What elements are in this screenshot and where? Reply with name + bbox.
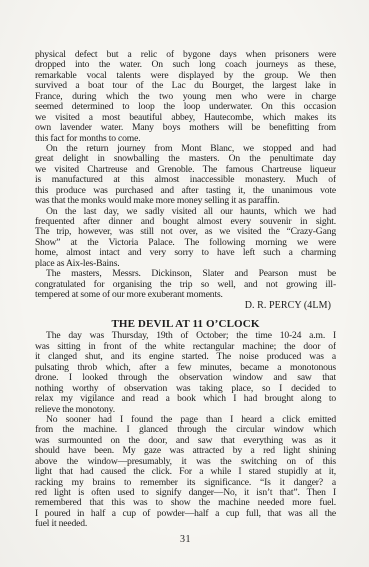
text-line: we visited Chartreuse and Grenoble. The … bbox=[35, 165, 336, 175]
text-line: pulsating throb which, after a few minut… bbox=[35, 363, 336, 373]
author-byline: D. R. PERCY (4LM) bbox=[35, 301, 336, 311]
text-line: physical defect but a relic of bygone da… bbox=[35, 50, 336, 60]
article-school-trip: physical defect but a relic of bygone da… bbox=[35, 50, 336, 311]
text-line: The day was Thursday, 19th of October; t… bbox=[35, 331, 336, 341]
article-devil-body: The day was Thursday, 19th of October; t… bbox=[35, 331, 336, 529]
text-line: The masters, Messrs. Dickinson, Slater a… bbox=[35, 269, 336, 279]
text-line: own lavender water. Many boys mothers wi… bbox=[35, 123, 336, 133]
text-line: place as Aix-les-Bains. bbox=[35, 259, 336, 269]
text-line: I poured in half a cup of powder—half a … bbox=[35, 509, 336, 519]
text-line: On the return journey from Mont Blanc, w… bbox=[35, 144, 336, 154]
text-line: survived a boat tour of the Lac du Bourg… bbox=[35, 81, 336, 91]
text-line: relax my vigilance and read a book which… bbox=[35, 394, 336, 404]
text-line: should have been. My gaze was attracted … bbox=[35, 446, 336, 456]
text-line: dropped into the water. On such long coa… bbox=[35, 60, 336, 70]
text-line: from the machine. I glanced through the … bbox=[35, 425, 336, 435]
text-line: was that the monks would make more money… bbox=[35, 196, 336, 206]
text-line: was surmounted on the door, and saw that… bbox=[35, 436, 336, 446]
text-line: relieve the monotony. bbox=[35, 405, 336, 415]
text-line: racking my brains to remember its signif… bbox=[35, 478, 336, 488]
article-school-trip-body: physical defect but a relic of bygone da… bbox=[35, 50, 336, 301]
text-line: drone. I looked through the observation … bbox=[35, 373, 336, 383]
text-line: we visited a most beautiful abbey, Haute… bbox=[35, 113, 336, 123]
text-line: was sitting in front of the white rectan… bbox=[35, 342, 336, 352]
text-line: France, during which the two young men w… bbox=[35, 92, 336, 102]
text-line: great delight in snowballing the masters… bbox=[35, 154, 336, 164]
text-line: remembered that this was to show the mac… bbox=[35, 498, 336, 508]
text-line: fuel it needed. bbox=[35, 519, 336, 529]
text-line: this produce was purchased and after tas… bbox=[35, 186, 336, 196]
article-title: THE DEVIL AT 11 O’CLOCK bbox=[35, 318, 336, 330]
text-line: remarkable vocal talents were displayed … bbox=[35, 71, 336, 81]
text-line: congratulated for organising the trip so… bbox=[35, 280, 336, 290]
text-line: this fact for months to come. bbox=[35, 134, 336, 144]
text-line: nothing worthy of observation was taking… bbox=[35, 384, 336, 394]
text-line: No sooner had I found the page than I he… bbox=[35, 415, 336, 425]
text-line: Show” at the Victoria Palace. The follow… bbox=[35, 238, 336, 248]
text-line: is manufactured at this almost inaccessi… bbox=[35, 175, 336, 185]
text-line: red light is often used to signify dange… bbox=[35, 488, 336, 498]
text-line: above the window—presumably, it was the … bbox=[35, 457, 336, 467]
text-line: light that had caused the click. For a w… bbox=[35, 467, 336, 477]
text-column: physical defect but a relic of bygone da… bbox=[35, 50, 336, 545]
text-line: tempered at some of our more exuberant m… bbox=[35, 290, 336, 300]
article-devil-at-11-oclock: THE DEVIL AT 11 O’CLOCK The day was Thur… bbox=[35, 318, 336, 530]
text-line: it clanged shut, and its engine started.… bbox=[35, 352, 336, 362]
text-line: The trip, however, was still not over, a… bbox=[35, 227, 336, 237]
page-number: 31 bbox=[35, 534, 336, 545]
text-line: home, almost intact and very sorry to ha… bbox=[35, 248, 336, 258]
text-line: frequented after dinner and bought almos… bbox=[35, 217, 336, 227]
scanned-page: physical defect but a relic of bygone da… bbox=[0, 0, 369, 567]
text-line: On the last day, we sadly visited all ou… bbox=[35, 207, 336, 217]
text-line: seemed determined to loop the loop under… bbox=[35, 102, 336, 112]
